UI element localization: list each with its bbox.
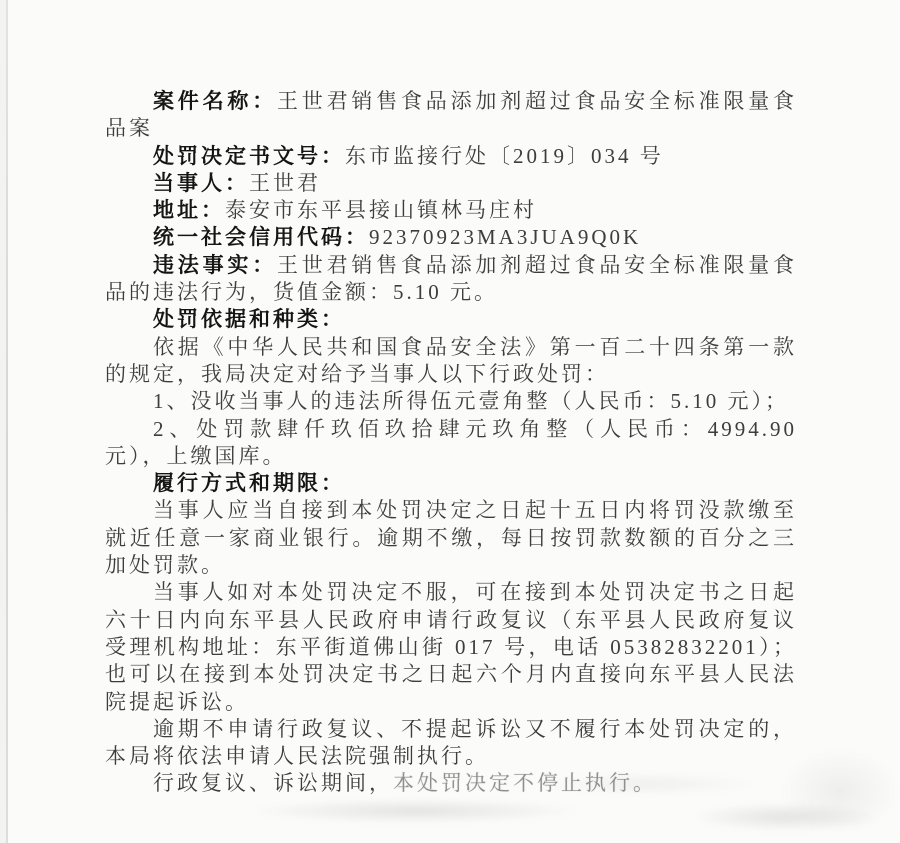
- scan-smudge-artifact: [780, 748, 900, 834]
- scan-smudge-artifact: [690, 802, 880, 832]
- closing-faded-text: 本处罚决定不停止执行。: [393, 771, 657, 795]
- closing-normal-text: 行政复议、诉讼期间，: [153, 771, 393, 795]
- field-credit-code: 统一社会信用代码：92370923MA3JUA9Q0K: [105, 224, 797, 251]
- scan-edge-line: [6, 0, 8, 843]
- scan-smudge-artifact: [245, 798, 585, 824]
- paragraph-legal-basis: 依据《中华人民共和国食品安全法》第一百二十四条第一款的规定，我局决定对给予当事人…: [105, 334, 797, 389]
- paragraph-overdue-enforcement: 逾期不申请行政复议、不提起诉讼又不履行本处罚决定的，本局将依法申请人民法院强制执…: [105, 716, 797, 771]
- field-address-value: 泰安市东平县接山镇林马庄村: [225, 198, 537, 222]
- paragraph-confiscation-item: 1、没收当事人的违法所得伍元壹角整（人民币：5.10 元）；: [105, 388, 797, 415]
- field-address-label: 地址：: [153, 198, 225, 222]
- field-credit-code-value: 92370923MA3JUA9Q0K: [369, 225, 641, 249]
- field-document-number-value: 东市监接行处〔2019〕034 号: [345, 144, 664, 168]
- penalty-decision-page: 案件名称：王世君销售食品添加剂超过食品安全标准限量食品案 处罚决定书文号：东市监…: [0, 0, 900, 843]
- field-case-name-label: 案件名称：: [153, 89, 277, 113]
- paragraph-appeal-rights: 当事人如对本处罚决定不服，可在接到本处罚决定书之日起六十日内向东平县人民政府申请…: [105, 579, 797, 715]
- field-document-number: 处罚决定书文号：东市监接行处〔2019〕034 号: [105, 143, 797, 170]
- field-party-label: 当事人：: [153, 171, 249, 195]
- paragraph-fine-item: 2、处罚款肆仟玖佰玖拾肆元玖角整（人民币：4994.90 元），上缴国库。: [105, 416, 797, 471]
- field-violation-facts-label: 违法事实：: [153, 253, 277, 277]
- field-address: 地址：泰安市东平县接山镇林马庄村: [105, 197, 797, 224]
- section-heading-penalty-basis: 处罚依据和种类：: [105, 306, 797, 333]
- field-credit-code-label: 统一社会信用代码：: [153, 225, 369, 249]
- field-case-name: 案件名称：王世君销售食品添加剂超过食品安全标准限量食品案: [105, 88, 797, 143]
- document-body: 案件名称：王世君销售食品添加剂超过食品安全标准限量食品案 处罚决定书文号：东市监…: [105, 88, 797, 798]
- paragraph-execution-not-suspended: 行政复议、诉讼期间，本处罚决定不停止执行。: [105, 770, 797, 797]
- field-document-number-label: 处罚决定书文号：: [153, 144, 345, 168]
- paragraph-payment-deadline: 当事人应当自接到本处罚决定之日起十五日内将罚没款缴至就近任意一家商业银行。逾期不…: [105, 497, 797, 579]
- field-party-value: 王世君: [249, 171, 321, 195]
- field-party: 当事人：王世君: [105, 170, 797, 197]
- field-violation-facts: 违法事实：王世君销售食品添加剂超过食品安全标准限量食品的违法行为，货值金额：5.…: [105, 252, 797, 307]
- section-heading-performance: 履行方式和期限：: [105, 470, 797, 497]
